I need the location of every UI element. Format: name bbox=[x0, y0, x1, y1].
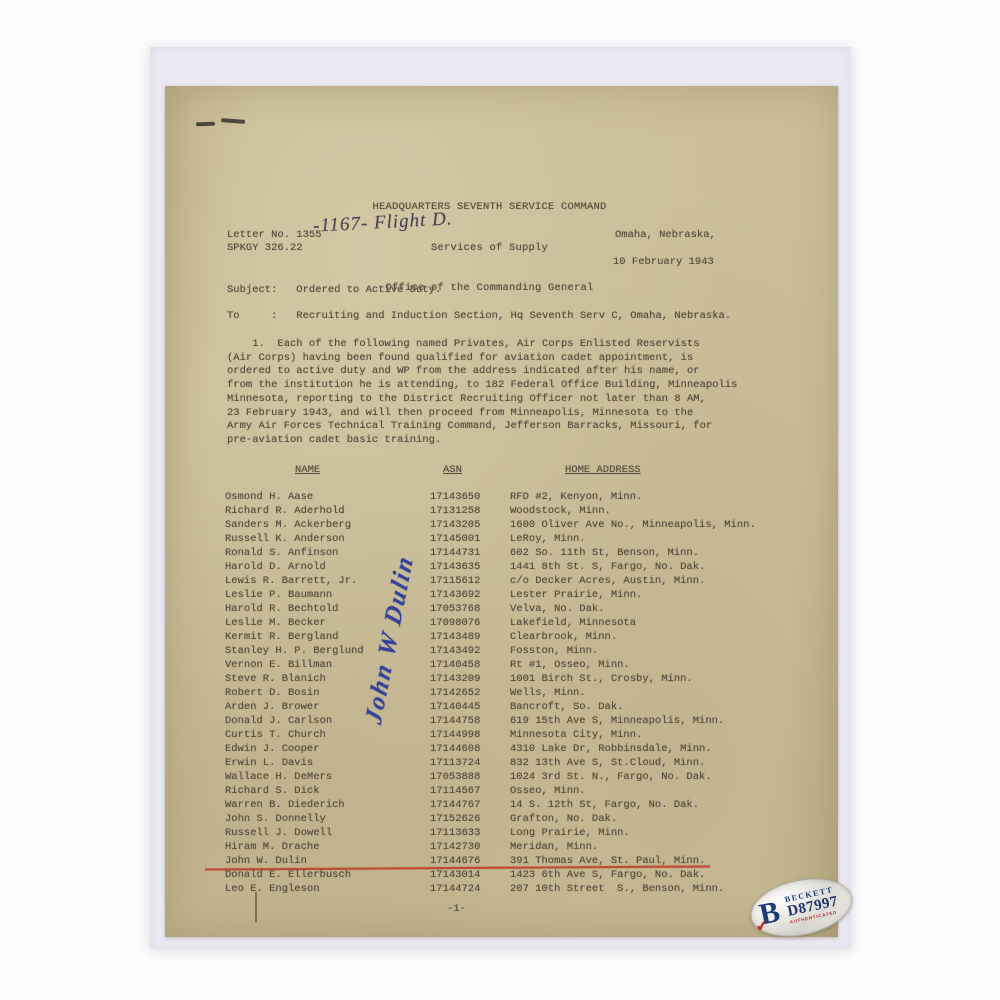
cell-name: Russell J. Dowell bbox=[225, 827, 332, 839]
cell-name: Arden J. Brower bbox=[225, 701, 320, 713]
cell-name: Donald E. Ellerbusch bbox=[225, 869, 351, 881]
cell-name: Sanders M. Ackerberg bbox=[225, 519, 351, 531]
table-row: Lewis R. Barrett, Jr.17115612c/o Decker … bbox=[225, 575, 815, 589]
table-row: Hiram M. Drache17142730Meridan, Minn. bbox=[225, 841, 815, 855]
cell-name: Curtis T. Church bbox=[225, 729, 326, 741]
cell-address: Grafton, No. Dak. bbox=[510, 813, 617, 825]
column-header-address: HOME ADDRESS bbox=[565, 464, 641, 476]
cell-asn: 17053888 bbox=[430, 771, 480, 783]
table-row: Donald J. Carlson17144758619 15th Ave S,… bbox=[225, 715, 815, 729]
cell-asn: 17144998 bbox=[430, 729, 480, 741]
cell-address: Clearbrook, Minn. bbox=[510, 631, 617, 643]
cell-address: 1423 6th Ave S, Fargo, No. Dak. bbox=[510, 869, 705, 881]
cell-name: Donald J. Carlson bbox=[225, 715, 332, 727]
cell-address: RFD #2, Kenyon, Minn. bbox=[510, 491, 642, 503]
backing-mat: HEADQUARTERS SEVENTH SERVICE COMMAND Ser… bbox=[150, 47, 851, 948]
cell-address: Long Prairie, Minn. bbox=[510, 827, 630, 839]
cell-asn: 17114567 bbox=[430, 785, 480, 797]
table-row: Kermit R. Bergland17143489Clearbrook, Mi… bbox=[225, 631, 815, 645]
cell-asn: 17144731 bbox=[430, 547, 480, 559]
cell-name: Richard S. Dick bbox=[225, 785, 320, 797]
roster-header: NAME ASN HOME ADDRESS bbox=[225, 464, 815, 478]
cell-name: Kermit R. Bergland bbox=[225, 631, 338, 643]
cell-address: Rt #1, Osseo, Minn. bbox=[510, 659, 630, 671]
cell-address: 14 S. 12th St, Fargo, No. Dak. bbox=[510, 799, 699, 811]
crease-mark bbox=[255, 892, 257, 922]
place-line: Omaha, Nebraska, bbox=[615, 229, 716, 243]
date-line: 10 February 1943 bbox=[613, 256, 714, 270]
table-row: Donald E. Ellerbusch171430141423 6th Ave… bbox=[225, 869, 815, 883]
cell-address: 832 13th Ave S, St.Cloud, Minn. bbox=[510, 757, 705, 769]
letterhead-line-1: HEADQUARTERS SEVENTH SERVICE COMMAND bbox=[153, 201, 826, 215]
cell-address: 1441 8th St. S, Fargo, No. Dak. bbox=[510, 561, 705, 573]
cell-name: Erwin L. Davis bbox=[225, 757, 313, 769]
column-header-asn: ASN bbox=[443, 464, 462, 476]
roster-body: Osmond H. Aase17143650RFD #2, Kenyon, Mi… bbox=[225, 491, 815, 897]
cell-name: Edwin J. Cooper bbox=[225, 743, 320, 755]
document-page: HEADQUARTERS SEVENTH SERVICE COMMAND Ser… bbox=[165, 86, 838, 937]
cell-name: Richard R. Aderhold bbox=[225, 505, 345, 517]
cell-asn: 17144676 bbox=[430, 855, 480, 867]
photo-scene: HEADQUARTERS SEVENTH SERVICE COMMAND Ser… bbox=[0, 0, 1000, 1000]
cell-asn: 17140458 bbox=[430, 659, 480, 671]
cell-address: 1600 Oliver Ave No., Minneapolis, Minn. bbox=[510, 519, 756, 531]
cell-asn: 17144724 bbox=[430, 883, 480, 895]
cell-address: LeRoy, Minn. bbox=[510, 533, 586, 545]
body-paragraph: 1. Each of the following named Privates,… bbox=[227, 338, 737, 448]
cell-asn: 17144608 bbox=[430, 743, 480, 755]
cell-asn: 17142730 bbox=[430, 841, 480, 853]
table-row: Curtis T. Church17144998Minnesota City, … bbox=[225, 729, 815, 743]
cell-address: Woodstock, Minn. bbox=[510, 505, 611, 517]
cell-name: Warren B. Diederich bbox=[225, 799, 345, 811]
sticker-text: BECKETT D87997 AUTHENTICATED bbox=[784, 885, 840, 925]
cell-name: Osmond H. Aase bbox=[225, 491, 313, 503]
cell-address: 1001 Birch St., Crosby, Minn. bbox=[510, 673, 693, 685]
cell-address: Bancroft, So. Dak. bbox=[510, 701, 623, 713]
cell-name: Lewis R. Barrett, Jr. bbox=[225, 575, 357, 587]
table-row: Erwin L. Davis17113724832 13th Ave S, St… bbox=[225, 757, 815, 771]
table-row: Harold R. Bechtold17053768Velva, No. Dak… bbox=[225, 603, 815, 617]
pencil-dash bbox=[196, 122, 215, 126]
table-row: Vernon E. Billman17140458Rt #1, Osseo, M… bbox=[225, 659, 815, 673]
cell-asn: 17115612 bbox=[430, 575, 480, 587]
cell-name: Stanley H. P. Berglund bbox=[225, 645, 364, 657]
cell-address: Fosston, Minn. bbox=[510, 645, 598, 657]
cell-name: Leo E. Engleson bbox=[225, 883, 320, 895]
cell-asn: 17143209 bbox=[430, 673, 480, 685]
table-row: Richard R. Aderhold17131258Woodstock, Mi… bbox=[225, 505, 815, 519]
cell-name: Ronald S. Anfinson bbox=[225, 547, 338, 559]
cell-address: Minnesota City, Minn. bbox=[510, 729, 642, 741]
cell-name: Harold R. Bechtold bbox=[225, 603, 338, 615]
cell-asn: 17144758 bbox=[430, 715, 480, 727]
file-reference: SPKGY 326.22 bbox=[227, 242, 303, 256]
cell-asn: 17113724 bbox=[430, 757, 480, 769]
table-row: Russell J. Dowell17113633Long Prairie, M… bbox=[225, 827, 815, 841]
cell-name: Steve R. Blanich bbox=[225, 673, 326, 685]
table-row: Steve R. Blanich171432091001 Birch St., … bbox=[225, 673, 815, 687]
cell-name: John W. Dulin bbox=[225, 855, 307, 867]
cell-asn: 17131258 bbox=[430, 505, 480, 517]
table-row: Leslie P. Baumann17143692Lester Prairie,… bbox=[225, 589, 815, 603]
table-row: Robert D. Bosin17142652Wells, Minn. bbox=[225, 687, 815, 701]
cell-asn: 17113633 bbox=[430, 827, 480, 839]
cell-address: Meridan, Minn. bbox=[510, 841, 598, 853]
cell-asn: 17098076 bbox=[430, 617, 480, 629]
cell-address: Osseo, Minn. bbox=[510, 785, 586, 797]
table-row: Leslie M. Becker17098076Lakefield, Minne… bbox=[225, 617, 815, 631]
table-row: John S. Donnelly17152626Grafton, No. Dak… bbox=[225, 813, 815, 827]
cell-asn: 17053768 bbox=[430, 603, 480, 615]
table-row: Osmond H. Aase17143650RFD #2, Kenyon, Mi… bbox=[225, 491, 815, 505]
pencil-dash bbox=[221, 118, 245, 124]
cell-name: Robert D. Bosin bbox=[225, 687, 320, 699]
cell-asn: 17140445 bbox=[430, 701, 480, 713]
table-row: Leo E. Engleson17144724207 10th Street S… bbox=[225, 883, 815, 897]
cell-asn: 17144767 bbox=[430, 799, 480, 811]
table-row: Warren B. Diederich1714476714 S. 12th St… bbox=[225, 799, 815, 813]
cell-asn: 17143692 bbox=[430, 589, 480, 601]
cell-name: Wallace H. DeMers bbox=[225, 771, 332, 783]
cell-address: Lakefield, Minnesota bbox=[510, 617, 636, 629]
cell-address: 1024 3rd St. N., Fargo, No. Dak. bbox=[510, 771, 712, 783]
table-row: Arden J. Brower17140445Bancroft, So. Dak… bbox=[225, 701, 815, 715]
cell-name: Vernon E. Billman bbox=[225, 659, 332, 671]
cell-name: Leslie M. Becker bbox=[225, 617, 326, 629]
cell-address: 619 15th Ave S, Minneapolis, Minn. bbox=[510, 715, 724, 727]
page-number: -1- bbox=[447, 903, 466, 917]
table-row: Edwin J. Cooper171446084310 Lake Dr, Rob… bbox=[225, 743, 815, 757]
cell-asn: 17143014 bbox=[430, 869, 480, 881]
cell-address: 207 10th Street S., Benson, Minn. bbox=[510, 883, 724, 895]
letter-number: Letter No. 1355 bbox=[227, 229, 322, 243]
cell-name: Leslie P. Baumann bbox=[225, 589, 332, 601]
table-row: Wallace H. DeMers170538881024 3rd St. N.… bbox=[225, 771, 815, 785]
cell-name: John S. Donnelly bbox=[225, 813, 326, 825]
cell-name: Harold D. Arnold bbox=[225, 561, 326, 573]
to-line: To : Recruiting and Induction Section, H… bbox=[227, 310, 731, 324]
cell-asn: 17152626 bbox=[430, 813, 480, 825]
cell-asn: 17143205 bbox=[430, 519, 480, 531]
table-row: Harold D. Arnold171436351441 8th St. S, … bbox=[225, 561, 815, 575]
roster-table: NAME ASN HOME ADDRESS Osmond H. Aase1714… bbox=[225, 464, 815, 897]
cell-asn: 17143492 bbox=[430, 645, 480, 657]
cell-address: c/o Decker Acres, Austin, Minn. bbox=[510, 575, 705, 587]
cell-address: 4310 Lake Dr, Robbinsdale, Minn. bbox=[510, 743, 712, 755]
cell-asn: 17143635 bbox=[430, 561, 480, 573]
cell-address: 602 So. 11th St, Benson, Minn. bbox=[510, 547, 699, 559]
table-row: Sanders M. Ackerberg171432051600 Oliver … bbox=[225, 519, 815, 533]
table-row: Ronald S. Anfinson17144731602 So. 11th S… bbox=[225, 547, 815, 561]
beckett-b-logo-icon: B ✔ bbox=[756, 895, 787, 933]
cell-asn: 17143650 bbox=[430, 491, 480, 503]
cell-name: Russell K. Anderson bbox=[225, 533, 345, 545]
table-row: John W. Dulin17144676391 Thomas Ave, St.… bbox=[225, 855, 815, 869]
cell-asn: 17142652 bbox=[430, 687, 480, 699]
cell-asn: 17145001 bbox=[430, 533, 480, 545]
subject-line: Subject: Ordered to Active Duty. bbox=[227, 284, 441, 298]
cell-asn: 17143489 bbox=[430, 631, 480, 643]
table-row: Russell K. Anderson17145001LeRoy, Minn. bbox=[225, 533, 815, 547]
table-row: Richard S. Dick17114567Osseo, Minn. bbox=[225, 785, 815, 799]
cell-address: Wells, Minn. bbox=[510, 687, 586, 699]
table-row: Stanley H. P. Berglund17143492Fosston, M… bbox=[225, 645, 815, 659]
column-header-name: NAME bbox=[295, 464, 320, 476]
cell-name: Hiram M. Drache bbox=[225, 841, 320, 853]
cell-address: Lester Prairie, Minn. bbox=[510, 589, 642, 601]
cell-address: Velva, No. Dak. bbox=[510, 603, 605, 615]
